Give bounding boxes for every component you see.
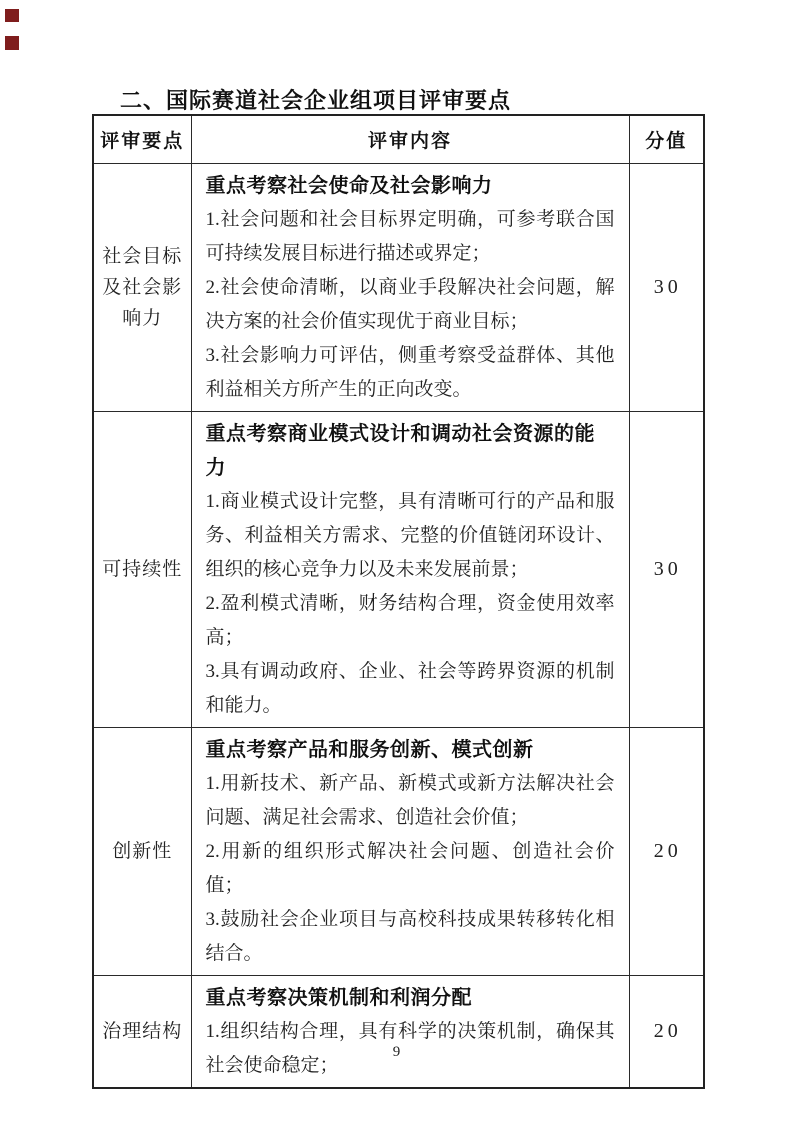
content-focus: 重点考察产品和服务创新、模式创新 [206,733,615,767]
content-cell: 重点考察决策机制和利润分配 1.组织结构合理，具有科学的决策机制，确保其社会使命… [191,975,629,1088]
content-focus: 重点考察社会使命及社会影响力 [206,169,615,203]
header-criterion: 评审要点 [93,115,191,163]
table-row: 创新性 重点考察产品和服务创新、模式创新 1.用新技术、新产品、新模式或新方法解… [93,727,704,975]
content-item: 1.社会问题和社会目标界定明确，可参考联合国可持续发展目标进行描述或界定； [206,203,615,271]
content-focus: 重点考察商业模式设计和调动社会资源的能力 [206,417,615,485]
content-cell: 重点考察社会使命及社会影响力 1.社会问题和社会目标界定明确，可参考联合国可持续… [191,163,629,411]
content-item: 3.社会影响力可评估，侧重考察受益群体、其他利益相关方所产生的正向改变。 [206,339,615,407]
score-cell: 30 [629,163,704,411]
review-criteria-table: 评审要点 评审内容 分值 社会目标及社会影响力 重点考察社会使命及社会影响力 1… [92,114,705,1089]
content-item: 2.社会使命清晰，以商业手段解决社会问题，解决方案的社会价值实现优于商业目标； [206,271,615,339]
content-focus: 重点考察决策机制和利润分配 [206,981,615,1015]
content-cell: 重点考察产品和服务创新、模式创新 1.用新技术、新产品、新模式或新方法解决社会问… [191,727,629,975]
content-cell: 重点考察商业模式设计和调动社会资源的能力 1.商业模式设计完整，具有清晰可行的产… [191,411,629,727]
criterion-cell: 社会目标及社会影响力 [93,163,191,411]
scan-artifact-mark [5,9,19,22]
scan-artifact-mark [5,36,19,50]
table-row: 可持续性 重点考察商业模式设计和调动社会资源的能力 1.商业模式设计完整，具有清… [93,411,704,727]
content-item: 1.用新技术、新产品、新模式或新方法解决社会问题、满足社会需求、创造社会价值； [206,767,615,835]
header-content: 评审内容 [191,115,629,163]
criterion-cell: 可持续性 [93,411,191,727]
header-score: 分值 [629,115,704,163]
page-number: 9 [0,1044,793,1061]
section-heading: 二、国际赛道社会企业组项目评审要点 [120,84,511,115]
content-item: 3.具有调动政府、企业、社会等跨界资源的机制和能力。 [206,655,615,723]
content-item: 1.商业模式设计完整，具有清晰可行的产品和服务、利益相关方需求、完整的价值链闭环… [206,485,615,587]
score-cell: 30 [629,411,704,727]
table-row: 社会目标及社会影响力 重点考察社会使命及社会影响力 1.社会问题和社会目标界定明… [93,163,704,411]
content-item: 3.鼓励社会企业项目与高校科技成果转移转化相结合。 [206,903,615,971]
score-cell: 20 [629,975,704,1088]
score-cell: 20 [629,727,704,975]
criterion-cell: 治理结构 [93,975,191,1088]
content-item: 2.用新的组织形式解决社会问题、创造社会价值； [206,835,615,903]
table-row: 治理结构 重点考察决策机制和利润分配 1.组织结构合理，具有科学的决策机制，确保… [93,975,704,1088]
content-item: 2.盈利模式清晰，财务结构合理，资金使用效率高； [206,587,615,655]
table-header-row: 评审要点 评审内容 分值 [93,115,704,163]
criterion-cell: 创新性 [93,727,191,975]
